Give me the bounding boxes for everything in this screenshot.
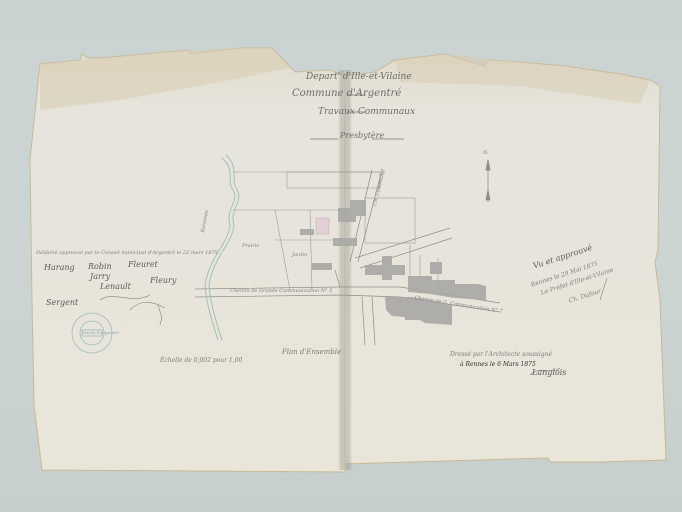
signature: Harang bbox=[44, 263, 75, 272]
signature: Sergent bbox=[46, 298, 78, 307]
signature: Jarry bbox=[90, 272, 110, 281]
header-subject: Travaux Communaux bbox=[318, 107, 415, 117]
header-commune: Commune d'Argentré bbox=[292, 88, 401, 99]
council-note: Délibéré approuvé par le Conseil municip… bbox=[36, 250, 218, 256]
architect-signature: Langlois bbox=[532, 368, 566, 377]
signature: Lenault bbox=[100, 282, 131, 291]
signature: Robin bbox=[88, 262, 112, 271]
document-sheet: Depart' d'Ille-et-Vilaine Commune d'Arge… bbox=[0, 0, 682, 512]
signature: Fleury bbox=[150, 276, 176, 285]
signature: Fleuret bbox=[128, 260, 158, 269]
plan-label: Plan d'Ensemble bbox=[282, 348, 341, 356]
architect-line-2: à Rennes le 6 Mars 1875 bbox=[460, 361, 536, 368]
label-garden: Jardin bbox=[292, 252, 307, 258]
header-title: Presbytère bbox=[340, 131, 384, 140]
label-field: Prairie bbox=[242, 243, 259, 249]
north-arrow-label: N. bbox=[483, 150, 489, 156]
town-stamp: Mairie d'Argentré bbox=[82, 330, 118, 335]
label-road-left: Chemin de Grande Communication N° 5 bbox=[230, 288, 332, 294]
scale-note: Échelle de 0,002 pour 1,00 bbox=[160, 357, 242, 364]
header-department: Depart' d'Ille-et-Vilaine bbox=[306, 72, 412, 82]
architect-line-1: Dressé par l'Architecte soussigné bbox=[450, 351, 552, 358]
